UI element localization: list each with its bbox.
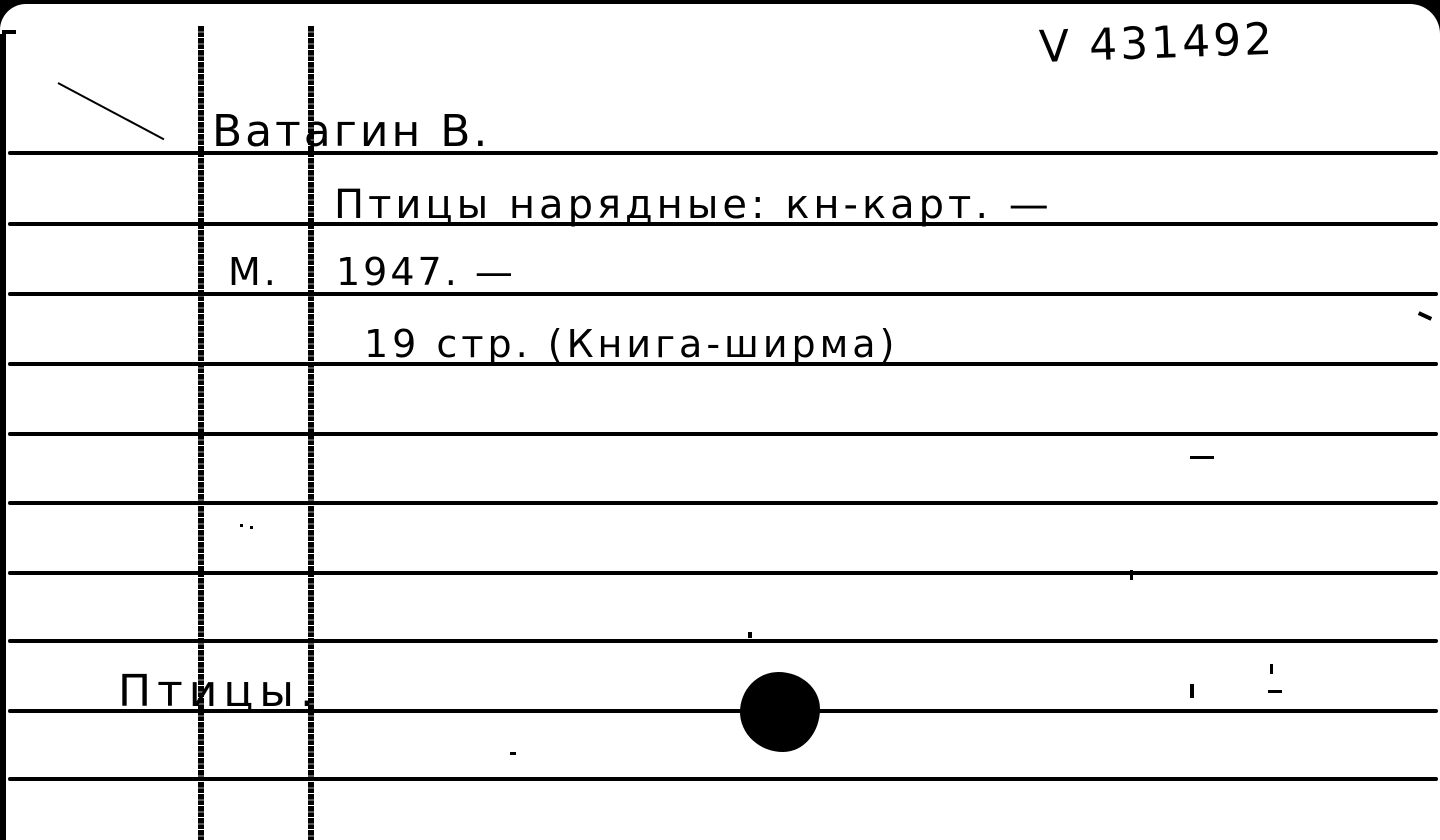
author-heading: Ватагин В.: [212, 106, 490, 157]
ruled-line: [8, 432, 1438, 436]
scan-speck: [250, 526, 253, 529]
ruled-line: [8, 777, 1438, 781]
title-statement: Птицы нарядные: кн-карт. —: [334, 182, 1053, 228]
scan-speck: [510, 752, 516, 755]
scan-speck: [2, 30, 16, 34]
pencil-scratch: [58, 82, 165, 140]
scan-speck: [1270, 664, 1273, 674]
subject-heading: Птицы.: [118, 666, 320, 717]
publication-year: 1947. —: [336, 250, 516, 294]
catalog-card: V 431492 Ватагин В. Птицы нарядные: кн-к…: [0, 4, 1440, 840]
ruled-line: [8, 501, 1438, 505]
ruled-line: [8, 639, 1438, 643]
physical-description: 19 стр. (Книга-ширма): [364, 322, 898, 366]
ruled-line: [8, 571, 1438, 575]
scan-speck: [748, 632, 752, 638]
card-left-edge: [0, 34, 6, 840]
publication-place: М.: [228, 250, 279, 294]
scan-speck: [1190, 456, 1214, 459]
ruled-line: [8, 292, 1438, 296]
scan-speck: [1130, 570, 1133, 580]
ink-blot: [740, 672, 820, 752]
scan-speck: [240, 524, 243, 527]
inventory-number: V 431492: [1038, 14, 1276, 73]
scan-speck: [1190, 684, 1194, 698]
scan-speck: [1268, 690, 1282, 693]
scan-speck: [1418, 311, 1432, 321]
